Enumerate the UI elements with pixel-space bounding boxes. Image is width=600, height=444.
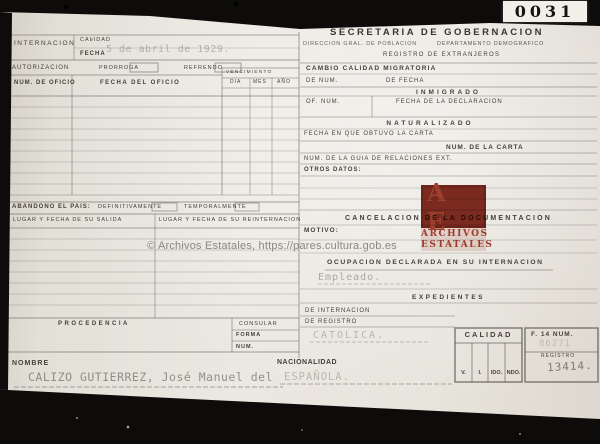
corner-tag-number: 0031 [515,2,576,21]
photo-frame [0,0,600,444]
corner-tag: 0031 [503,1,587,22]
scanned-registration-card-photo: SECRETARIA DE GOBERNACION DIRECCION GRAL… [0,0,600,444]
